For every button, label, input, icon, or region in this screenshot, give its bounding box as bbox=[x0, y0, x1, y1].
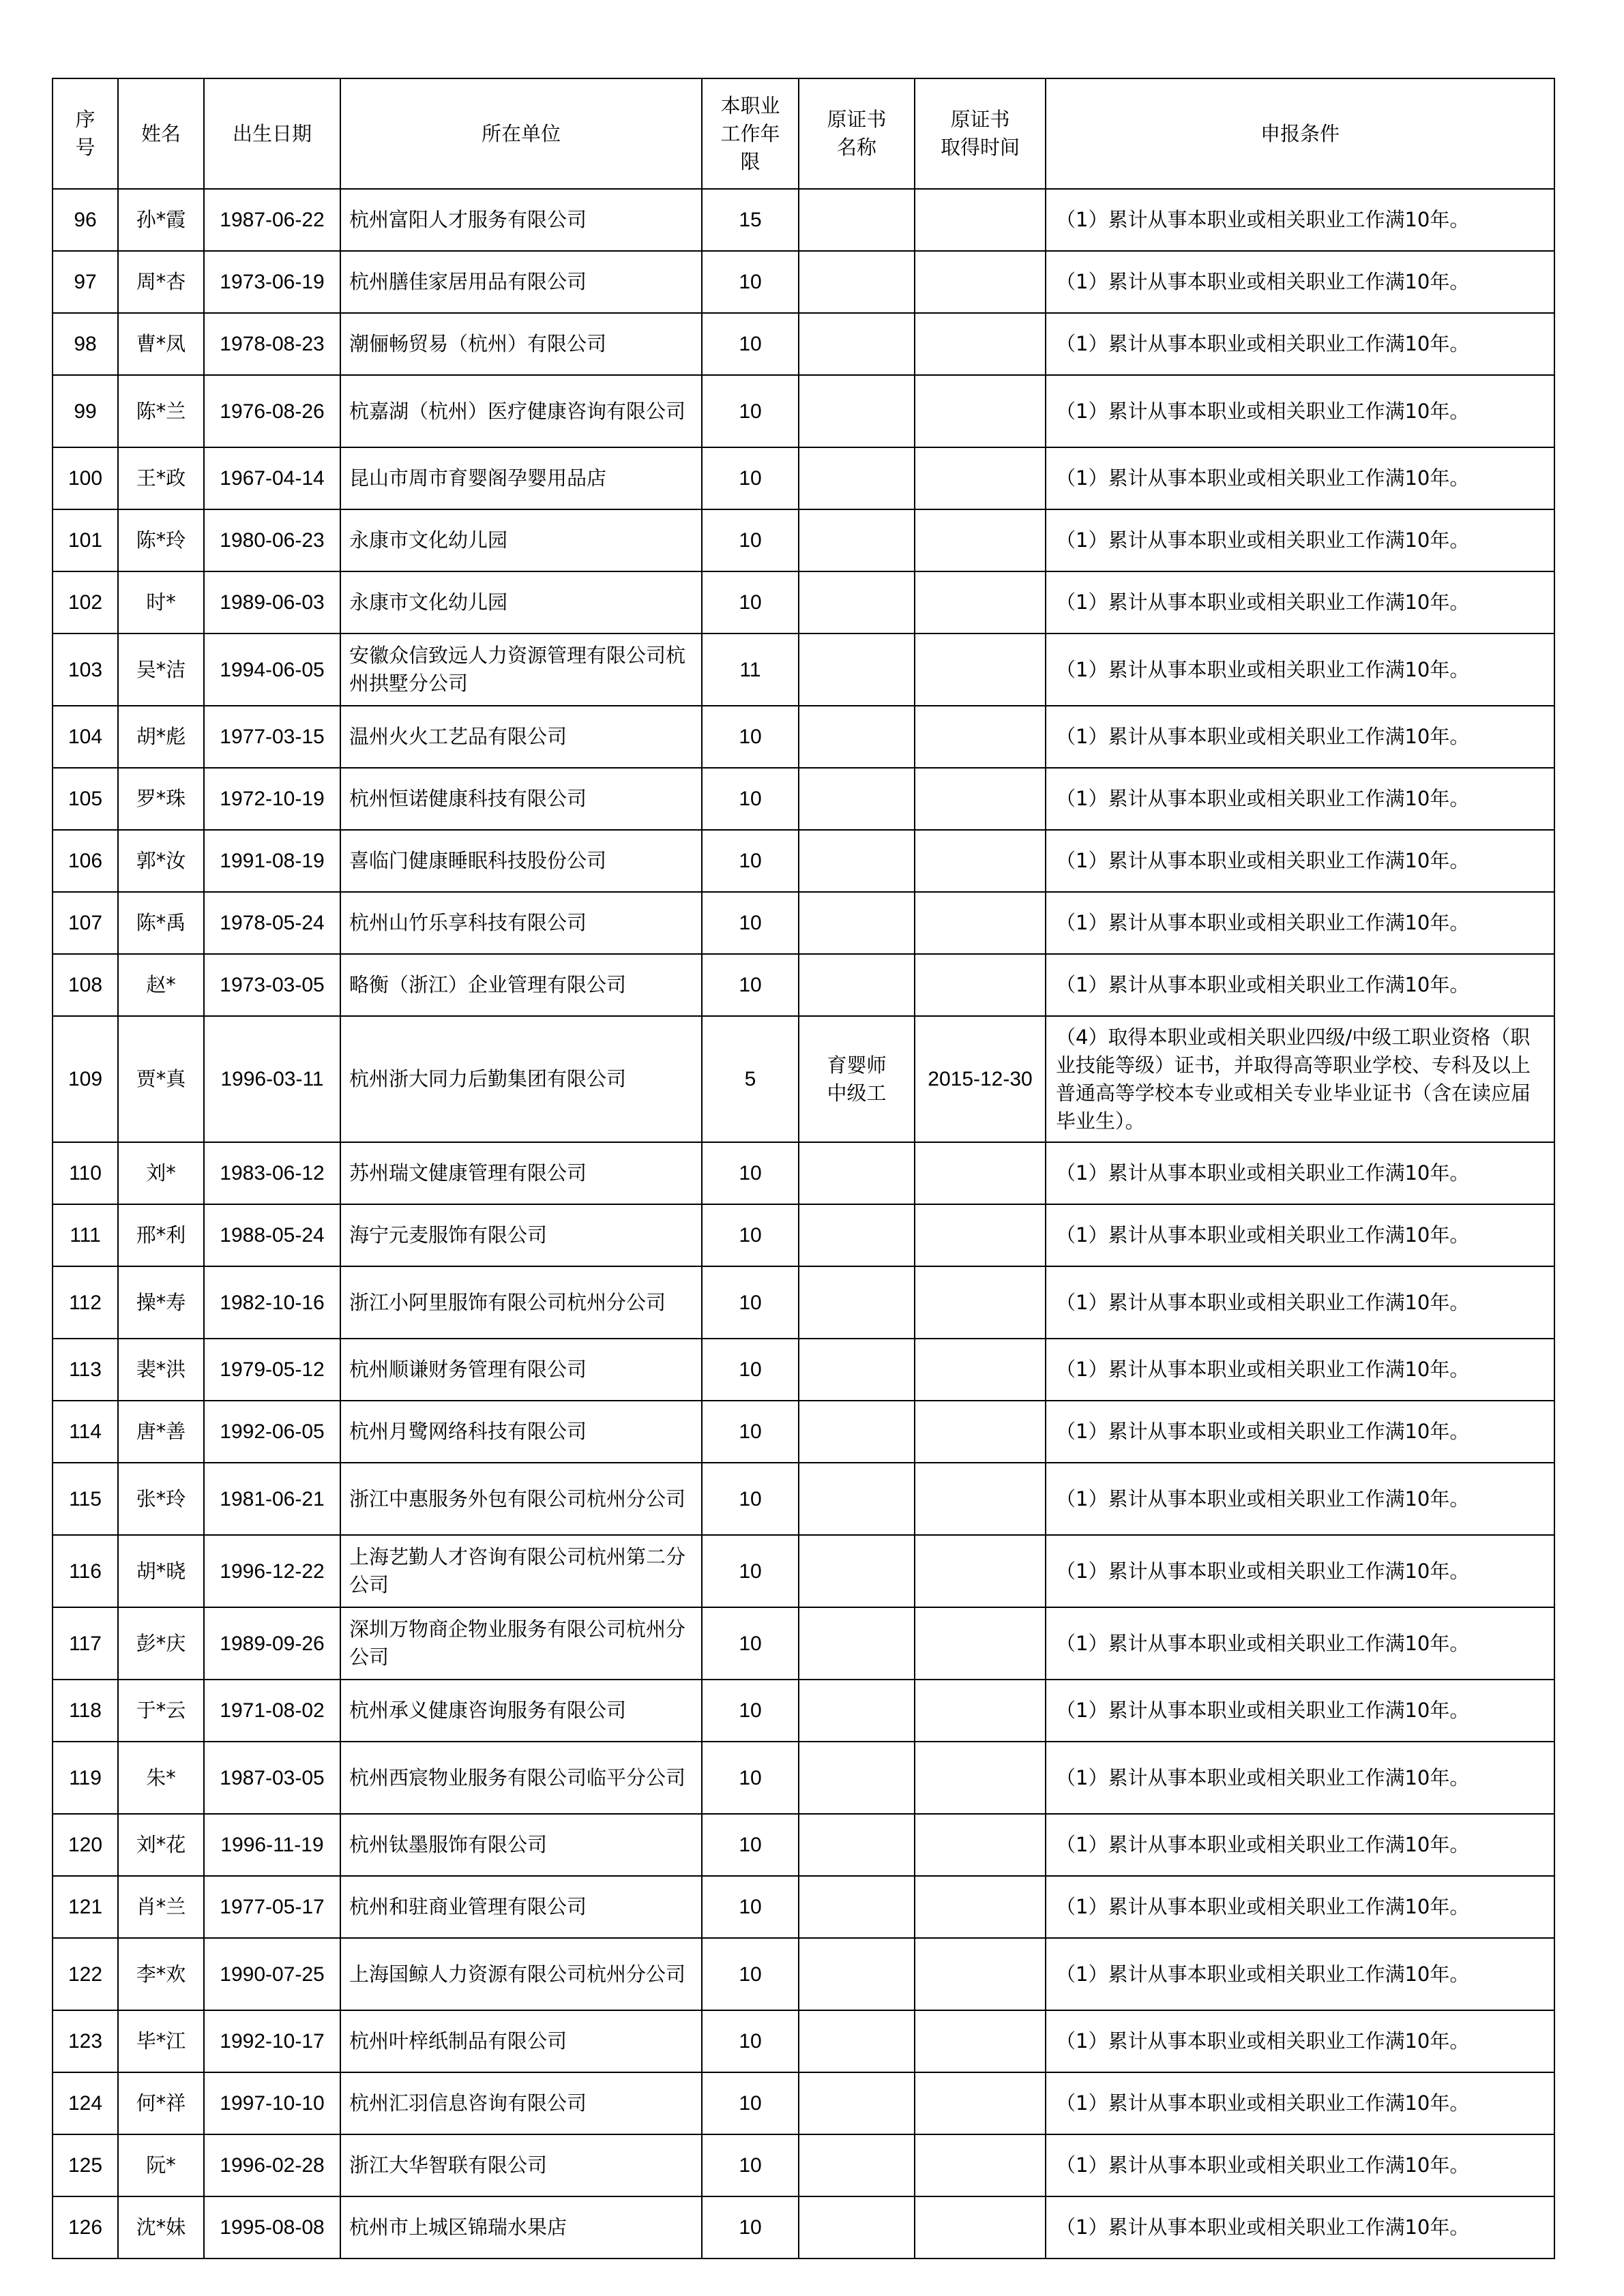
cell-name: 邢*利 bbox=[118, 1204, 204, 1266]
cell-dob: 1978-05-24 bbox=[204, 892, 340, 954]
cell-seq: 100 bbox=[53, 447, 118, 509]
cell-years: 10 bbox=[702, 1142, 799, 1204]
cell-cert-name bbox=[799, 1680, 915, 1742]
cell-condition: （1）累计从事本职业或相关职业工作满10年。 bbox=[1046, 2196, 1554, 2258]
cell-cert-name: 育婴师 中级工 bbox=[799, 1016, 915, 1142]
cell-cert-name bbox=[799, 1266, 915, 1339]
cell-condition: （1）累计从事本职业或相关职业工作满10年。 bbox=[1046, 633, 1554, 706]
table-row: 100 王*政 1967-04-14 昆山市周市育婴阁孕婴用品店 10 （1）累… bbox=[53, 447, 1554, 509]
cell-cert-date bbox=[915, 1742, 1046, 1814]
table-row: 112 操*寿 1982-10-16 浙江小阿里服饰有限公司杭州分公司 10 （… bbox=[53, 1266, 1554, 1339]
cell-unit: 海宁元麦服饰有限公司 bbox=[340, 1204, 702, 1266]
cell-cert-date bbox=[915, 1142, 1046, 1204]
cell-seq: 98 bbox=[53, 313, 118, 375]
cell-dob: 1976-08-26 bbox=[204, 375, 340, 447]
cell-dob: 1973-06-19 bbox=[204, 251, 340, 313]
cell-seq: 96 bbox=[53, 189, 118, 251]
cell-seq: 111 bbox=[53, 1204, 118, 1266]
cell-unit: 杭州浙大同力后勤集团有限公司 bbox=[340, 1016, 702, 1142]
cell-cert-name bbox=[799, 313, 915, 375]
cell-unit: 潮俪畅贸易（杭州）有限公司 bbox=[340, 313, 702, 375]
cell-condition: （1）累计从事本职业或相关职业工作满10年。 bbox=[1046, 189, 1554, 251]
cell-name: 陈*兰 bbox=[118, 375, 204, 447]
cell-name: 时* bbox=[118, 571, 204, 633]
cell-cert-name bbox=[799, 1814, 915, 1876]
table-header-row: 序 号 姓名 出生日期 所在单位 本职业 工作年 限 原证书 名称 原证书 取得… bbox=[53, 78, 1554, 189]
cell-years: 10 bbox=[702, 892, 799, 954]
cell-name: 王*政 bbox=[118, 447, 204, 509]
cell-cert-name bbox=[799, 1339, 915, 1401]
cell-cert-name bbox=[799, 1607, 915, 1680]
cell-years: 11 bbox=[702, 633, 799, 706]
cell-cert-name bbox=[799, 1463, 915, 1535]
cell-condition: （4）取得本职业或相关职业四级/中级工职业资格（职业技能等级）证书，并取得高等职… bbox=[1046, 1016, 1554, 1142]
cell-seq: 110 bbox=[53, 1142, 118, 1204]
cell-unit: 浙江小阿里服饰有限公司杭州分公司 bbox=[340, 1266, 702, 1339]
cell-unit: 杭州西宸物业服务有限公司临平分公司 bbox=[340, 1742, 702, 1814]
cell-condition: （1）累计从事本职业或相关职业工作满10年。 bbox=[1046, 1401, 1554, 1463]
cell-cert-date bbox=[915, 1535, 1046, 1607]
cell-unit: 杭嘉湖（杭州）医疗健康咨询有限公司 bbox=[340, 375, 702, 447]
cell-dob: 1988-05-24 bbox=[204, 1204, 340, 1266]
cell-condition: （1）累计从事本职业或相关职业工作满10年。 bbox=[1046, 1680, 1554, 1742]
table-row: 122 李*欢 1990-07-25 上海国鲸人力资源有限公司杭州分公司 10 … bbox=[53, 1938, 1554, 2010]
cell-unit: 温州火火工艺品有限公司 bbox=[340, 706, 702, 768]
cell-seq: 123 bbox=[53, 2010, 118, 2072]
table-row: 121 肖*兰 1977-05-17 杭州和驻商业管理有限公司 10 （1）累计… bbox=[53, 1876, 1554, 1938]
cell-years: 10 bbox=[702, 1607, 799, 1680]
cell-cert-date bbox=[915, 2134, 1046, 2196]
table-row: 105 罗*珠 1972-10-19 杭州恒诺健康科技有限公司 10 （1）累计… bbox=[53, 768, 1554, 830]
cell-unit: 深圳万物商企物业服务有限公司杭州分公司 bbox=[340, 1607, 702, 1680]
cell-cert-name bbox=[799, 375, 915, 447]
cell-condition: （1）累计从事本职业或相关职业工作满10年。 bbox=[1046, 1814, 1554, 1876]
cell-name: 贾*真 bbox=[118, 1016, 204, 1142]
table-row: 96 孙*霞 1987-06-22 杭州富阳人才服务有限公司 15 （1）累计从… bbox=[53, 189, 1554, 251]
cell-name: 罗*珠 bbox=[118, 768, 204, 830]
header-seq-label: 序 号 bbox=[75, 108, 95, 159]
cell-years: 10 bbox=[702, 251, 799, 313]
cell-seq: 102 bbox=[53, 571, 118, 633]
cell-seq: 117 bbox=[53, 1607, 118, 1680]
cell-condition: （1）累计从事本职业或相关职业工作满10年。 bbox=[1046, 375, 1554, 447]
cell-cert-name bbox=[799, 892, 915, 954]
cell-seq: 107 bbox=[53, 892, 118, 954]
cell-years: 10 bbox=[702, 1938, 799, 2010]
cell-dob: 1996-03-11 bbox=[204, 1016, 340, 1142]
cell-cert-name bbox=[799, 633, 915, 706]
header-years: 本职业 工作年 限 bbox=[702, 78, 799, 189]
table-row: 116 胡*晓 1996-12-22 上海艺勤人才咨询有限公司杭州第二分公司 1… bbox=[53, 1535, 1554, 1607]
cell-seq: 108 bbox=[53, 954, 118, 1016]
cell-name: 吴*洁 bbox=[118, 633, 204, 706]
cell-condition: （1）累计从事本职业或相关职业工作满10年。 bbox=[1046, 1535, 1554, 1607]
cell-condition: （1）累计从事本职业或相关职业工作满10年。 bbox=[1046, 1142, 1554, 1204]
cell-seq: 112 bbox=[53, 1266, 118, 1339]
cell-dob: 1972-10-19 bbox=[204, 768, 340, 830]
cell-unit: 永康市文化幼儿园 bbox=[340, 509, 702, 571]
cell-unit: 杭州市上城区锦瑞水果店 bbox=[340, 2196, 702, 2258]
cell-dob: 1987-03-05 bbox=[204, 1742, 340, 1814]
cell-condition: （1）累计从事本职业或相关职业工作满10年。 bbox=[1046, 571, 1554, 633]
cell-dob: 1994-06-05 bbox=[204, 633, 340, 706]
cell-dob: 1977-03-15 bbox=[204, 706, 340, 768]
cell-unit: 上海国鲸人力资源有限公司杭州分公司 bbox=[340, 1938, 702, 2010]
cell-unit: 杭州恒诺健康科技有限公司 bbox=[340, 768, 702, 830]
cell-dob: 1992-10-17 bbox=[204, 2010, 340, 2072]
cell-seq: 109 bbox=[53, 1016, 118, 1142]
table-row: 118 于*云 1971-08-02 杭州承义健康咨询服务有限公司 10 （1）… bbox=[53, 1680, 1554, 1742]
cell-years: 10 bbox=[702, 830, 799, 892]
cell-cert-name bbox=[799, 954, 915, 1016]
cell-condition: （1）累计从事本职业或相关职业工作满10年。 bbox=[1046, 1463, 1554, 1535]
cell-cert-date bbox=[915, 1876, 1046, 1938]
cell-years: 10 bbox=[702, 706, 799, 768]
table-row: 106 郭*汝 1991-08-19 喜临门健康睡眠科技股份公司 10 （1）累… bbox=[53, 830, 1554, 892]
cell-years: 10 bbox=[702, 1339, 799, 1401]
header-seq: 序 号 bbox=[53, 78, 118, 189]
cell-unit: 杭州顺谦财务管理有限公司 bbox=[340, 1339, 702, 1401]
table-row: 108 赵* 1973-03-05 略衡（浙江）企业管理有限公司 10 （1）累… bbox=[53, 954, 1554, 1016]
cell-cert-date bbox=[915, 1814, 1046, 1876]
cell-years: 10 bbox=[702, 1742, 799, 1814]
cell-cert-date bbox=[915, 1401, 1046, 1463]
cell-dob: 1973-03-05 bbox=[204, 954, 340, 1016]
cell-years: 10 bbox=[702, 2134, 799, 2196]
cell-dob: 1990-07-25 bbox=[204, 1938, 340, 2010]
cell-seq: 101 bbox=[53, 509, 118, 571]
table-row: 120 刘*花 1996-11-19 杭州钛墨服饰有限公司 10 （1）累计从事… bbox=[53, 1814, 1554, 1876]
cell-seq: 105 bbox=[53, 768, 118, 830]
cell-name: 彭*庆 bbox=[118, 1607, 204, 1680]
cell-condition: （1）累计从事本职业或相关职业工作满10年。 bbox=[1046, 1204, 1554, 1266]
cell-dob: 1995-08-08 bbox=[204, 2196, 340, 2258]
cell-years: 10 bbox=[702, 1876, 799, 1938]
cell-cert-date bbox=[915, 830, 1046, 892]
cell-cert-name bbox=[799, 571, 915, 633]
table-row: 124 何*祥 1997-10-10 杭州汇羽信息咨询有限公司 10 （1）累计… bbox=[53, 2072, 1554, 2134]
cell-cert-name bbox=[799, 2196, 915, 2258]
cell-years: 10 bbox=[702, 954, 799, 1016]
cell-seq: 122 bbox=[53, 1938, 118, 2010]
cell-years: 10 bbox=[702, 1204, 799, 1266]
cell-unit: 昆山市周市育婴阁孕婴用品店 bbox=[340, 447, 702, 509]
cell-condition: （1）累计从事本职业或相关职业工作满10年。 bbox=[1046, 1266, 1554, 1339]
header-cert-date: 原证书 取得时间 bbox=[915, 78, 1046, 189]
cell-unit: 浙江中惠服务外包有限公司杭州分公司 bbox=[340, 1463, 702, 1535]
cell-cert-name bbox=[799, 2134, 915, 2196]
cell-years: 10 bbox=[702, 1463, 799, 1535]
cell-condition: （1）累计从事本职业或相关职业工作满10年。 bbox=[1046, 1339, 1554, 1401]
cell-unit: 永康市文化幼儿园 bbox=[340, 571, 702, 633]
header-cert-name-label: 原证书 名称 bbox=[827, 108, 886, 159]
cell-name: 肖*兰 bbox=[118, 1876, 204, 1938]
cell-cert-name bbox=[799, 251, 915, 313]
cell-name: 孙*霞 bbox=[118, 189, 204, 251]
cell-years: 15 bbox=[702, 189, 799, 251]
cell-name: 曹*凤 bbox=[118, 313, 204, 375]
header-years-label: 本职业 工作年 限 bbox=[720, 94, 780, 173]
cell-condition: （1）累计从事本职业或相关职业工作满10年。 bbox=[1046, 251, 1554, 313]
cell-cert-date bbox=[915, 954, 1046, 1016]
cell-cert-name bbox=[799, 1938, 915, 2010]
cell-years: 10 bbox=[702, 768, 799, 830]
cell-condition: （1）累计从事本职业或相关职业工作满10年。 bbox=[1046, 830, 1554, 892]
cell-years: 10 bbox=[702, 313, 799, 375]
cell-unit: 安徽众信致远人力资源管理有限公司杭州拱墅分公司 bbox=[340, 633, 702, 706]
cell-cert-date bbox=[915, 509, 1046, 571]
header-condition-label: 申报条件 bbox=[1260, 122, 1340, 145]
cell-cert-name bbox=[799, 447, 915, 509]
cell-years: 5 bbox=[702, 1016, 799, 1142]
table-body: 96 孙*霞 1987-06-22 杭州富阳人才服务有限公司 15 （1）累计从… bbox=[53, 189, 1554, 2258]
cell-name: 于*云 bbox=[118, 1680, 204, 1742]
cell-seq: 125 bbox=[53, 2134, 118, 2196]
cell-cert-date bbox=[915, 189, 1046, 251]
cell-name: 何*祥 bbox=[118, 2072, 204, 2134]
cell-cert-date bbox=[915, 2072, 1046, 2134]
cell-dob: 1996-11-19 bbox=[204, 1814, 340, 1876]
cell-cert-name bbox=[799, 189, 915, 251]
cell-unit: 喜临门健康睡眠科技股份公司 bbox=[340, 830, 702, 892]
table-row: 126 沈*妹 1995-08-08 杭州市上城区锦瑞水果店 10 （1）累计从… bbox=[53, 2196, 1554, 2258]
cell-condition: （1）累计从事本职业或相关职业工作满10年。 bbox=[1046, 1607, 1554, 1680]
cell-name: 刘*花 bbox=[118, 1814, 204, 1876]
cell-cert-date bbox=[915, 447, 1046, 509]
cell-years: 10 bbox=[702, 1535, 799, 1607]
cell-years: 10 bbox=[702, 2196, 799, 2258]
cell-unit: 杭州山竹乐享科技有限公司 bbox=[340, 892, 702, 954]
cell-cert-date bbox=[915, 892, 1046, 954]
cell-cert-date bbox=[915, 1339, 1046, 1401]
cell-seq: 119 bbox=[53, 1742, 118, 1814]
cell-dob: 1977-05-17 bbox=[204, 1876, 340, 1938]
cell-condition: （1）累计从事本职业或相关职业工作满10年。 bbox=[1046, 892, 1554, 954]
table-row: 110 刘* 1983-06-12 苏州瑞文健康管理有限公司 10 （1）累计从… bbox=[53, 1142, 1554, 1204]
cell-cert-date bbox=[915, 1680, 1046, 1742]
cell-years: 10 bbox=[702, 509, 799, 571]
cell-condition: （1）累计从事本职业或相关职业工作满10年。 bbox=[1046, 509, 1554, 571]
header-cert-name: 原证书 名称 bbox=[799, 78, 915, 189]
cell-unit: 杭州承义健康咨询服务有限公司 bbox=[340, 1680, 702, 1742]
cell-cert-date bbox=[915, 571, 1046, 633]
cell-cert-date bbox=[915, 706, 1046, 768]
table-row: 101 陈*玲 1980-06-23 永康市文化幼儿园 10 （1）累计从事本职… bbox=[53, 509, 1554, 571]
cell-name: 周*杏 bbox=[118, 251, 204, 313]
cell-years: 10 bbox=[702, 2072, 799, 2134]
cell-seq: 120 bbox=[53, 1814, 118, 1876]
cell-name: 郭*汝 bbox=[118, 830, 204, 892]
cell-dob: 1987-06-22 bbox=[204, 189, 340, 251]
cell-dob: 1983-06-12 bbox=[204, 1142, 340, 1204]
cell-condition: （1）累计从事本职业或相关职业工作满10年。 bbox=[1046, 447, 1554, 509]
cell-unit: 杭州富阳人才服务有限公司 bbox=[340, 189, 702, 251]
cell-years: 10 bbox=[702, 571, 799, 633]
cell-cert-name bbox=[799, 706, 915, 768]
cell-condition: （1）累计从事本职业或相关职业工作满10年。 bbox=[1046, 768, 1554, 830]
cell-seq: 113 bbox=[53, 1339, 118, 1401]
cell-unit: 浙江大华智联有限公司 bbox=[340, 2134, 702, 2196]
cell-name: 朱* bbox=[118, 1742, 204, 1814]
cell-name: 阮* bbox=[118, 2134, 204, 2196]
cell-dob: 1971-08-02 bbox=[204, 1680, 340, 1742]
cell-seq: 115 bbox=[53, 1463, 118, 1535]
cell-dob: 1989-06-03 bbox=[204, 571, 340, 633]
cell-name: 刘* bbox=[118, 1142, 204, 1204]
cell-cert-date bbox=[915, 1938, 1046, 2010]
cell-seq: 116 bbox=[53, 1535, 118, 1607]
cell-cert-date bbox=[915, 768, 1046, 830]
cell-dob: 1981-06-21 bbox=[204, 1463, 340, 1535]
cell-years: 10 bbox=[702, 1680, 799, 1742]
cell-years: 10 bbox=[702, 1814, 799, 1876]
cell-seq: 99 bbox=[53, 375, 118, 447]
cell-cert-date bbox=[915, 1204, 1046, 1266]
cell-unit: 杭州汇羽信息咨询有限公司 bbox=[340, 2072, 702, 2134]
cell-cert-date bbox=[915, 313, 1046, 375]
cell-cert-name bbox=[799, 2072, 915, 2134]
cell-cert-date bbox=[915, 2010, 1046, 2072]
table-row: 114 唐*善 1992-06-05 杭州月鹭网络科技有限公司 10 （1）累计… bbox=[53, 1401, 1554, 1463]
table-row: 111 邢*利 1988-05-24 海宁元麦服饰有限公司 10 （1）累计从事… bbox=[53, 1204, 1554, 1266]
cell-cert-date bbox=[915, 251, 1046, 313]
cell-dob: 1982-10-16 bbox=[204, 1266, 340, 1339]
cell-name: 毕*江 bbox=[118, 2010, 204, 2072]
cell-seq: 97 bbox=[53, 251, 118, 313]
cell-name: 李*欢 bbox=[118, 1938, 204, 2010]
cell-dob: 1991-08-19 bbox=[204, 830, 340, 892]
cell-seq: 106 bbox=[53, 830, 118, 892]
header-condition: 申报条件 bbox=[1046, 78, 1554, 189]
header-dob-label: 出生日期 bbox=[233, 122, 312, 145]
cell-name: 沈*妹 bbox=[118, 2196, 204, 2258]
cell-unit: 杭州叶梓纸制品有限公司 bbox=[340, 2010, 702, 2072]
table-row: 107 陈*禹 1978-05-24 杭州山竹乐享科技有限公司 10 （1）累计… bbox=[53, 892, 1554, 954]
cell-condition: （1）累计从事本职业或相关职业工作满10年。 bbox=[1046, 954, 1554, 1016]
table-row: 109 贾*真 1996-03-11 杭州浙大同力后勤集团有限公司 5 育婴师 … bbox=[53, 1016, 1554, 1142]
cell-condition: （1）累计从事本职业或相关职业工作满10年。 bbox=[1046, 1742, 1554, 1814]
cell-name: 胡*彪 bbox=[118, 706, 204, 768]
cell-years: 10 bbox=[702, 1266, 799, 1339]
cell-condition: （1）累计从事本职业或相关职业工作满10年。 bbox=[1046, 1938, 1554, 2010]
cell-cert-date: 2015-12-30 bbox=[915, 1016, 1046, 1142]
cell-dob: 1989-09-26 bbox=[204, 1607, 340, 1680]
applicant-roster-table: 序 号 姓名 出生日期 所在单位 本职业 工作年 限 原证书 名称 原证书 取得… bbox=[52, 78, 1555, 2259]
table-row: 125 阮* 1996-02-28 浙江大华智联有限公司 10 （1）累计从事本… bbox=[53, 2134, 1554, 2196]
cell-name: 裴*洪 bbox=[118, 1339, 204, 1401]
cell-name: 胡*晓 bbox=[118, 1535, 204, 1607]
table-row: 102 时* 1989-06-03 永康市文化幼儿园 10 （1）累计从事本职业… bbox=[53, 571, 1554, 633]
cell-cert-name bbox=[799, 768, 915, 830]
cell-name: 操*寿 bbox=[118, 1266, 204, 1339]
header-unit: 所在单位 bbox=[340, 78, 702, 189]
cell-cert-date bbox=[915, 375, 1046, 447]
cell-condition: （1）累计从事本职业或相关职业工作满10年。 bbox=[1046, 2072, 1554, 2134]
cell-dob: 1978-08-23 bbox=[204, 313, 340, 375]
table-row: 98 曹*凤 1978-08-23 潮俪畅贸易（杭州）有限公司 10 （1）累计… bbox=[53, 313, 1554, 375]
cell-condition: （1）累计从事本职业或相关职业工作满10年。 bbox=[1046, 313, 1554, 375]
cell-condition: （1）累计从事本职业或相关职业工作满10年。 bbox=[1046, 2134, 1554, 2196]
cell-unit: 上海艺勤人才咨询有限公司杭州第二分公司 bbox=[340, 1535, 702, 1607]
cell-cert-name bbox=[799, 2010, 915, 2072]
cell-years: 10 bbox=[702, 2010, 799, 2072]
table-row: 99 陈*兰 1976-08-26 杭嘉湖（杭州）医疗健康咨询有限公司 10 （… bbox=[53, 375, 1554, 447]
table-row: 113 裴*洪 1979-05-12 杭州顺谦财务管理有限公司 10 （1）累计… bbox=[53, 1339, 1554, 1401]
cell-cert-name bbox=[799, 1401, 915, 1463]
cell-name: 张*玲 bbox=[118, 1463, 204, 1535]
cell-seq: 104 bbox=[53, 706, 118, 768]
cell-cert-date bbox=[915, 2196, 1046, 2258]
cell-years: 10 bbox=[702, 1401, 799, 1463]
cell-cert-date bbox=[915, 1607, 1046, 1680]
cell-unit: 略衡（浙江）企业管理有限公司 bbox=[340, 954, 702, 1016]
cell-dob: 1996-02-28 bbox=[204, 2134, 340, 2196]
table-row: 117 彭*庆 1989-09-26 深圳万物商企物业服务有限公司杭州分公司 1… bbox=[53, 1607, 1554, 1680]
cell-name: 陈*禹 bbox=[118, 892, 204, 954]
cell-cert-name bbox=[799, 1142, 915, 1204]
cell-cert-date bbox=[915, 633, 1046, 706]
cell-seq: 118 bbox=[53, 1680, 118, 1742]
cell-cert-name bbox=[799, 830, 915, 892]
cell-years: 10 bbox=[702, 447, 799, 509]
cell-dob: 1992-06-05 bbox=[204, 1401, 340, 1463]
cell-seq: 121 bbox=[53, 1876, 118, 1938]
cell-dob: 1980-06-23 bbox=[204, 509, 340, 571]
cell-cert-name bbox=[799, 509, 915, 571]
cell-name: 赵* bbox=[118, 954, 204, 1016]
cell-seq: 114 bbox=[53, 1401, 118, 1463]
cell-unit: 苏州瑞文健康管理有限公司 bbox=[340, 1142, 702, 1204]
table-row: 123 毕*江 1992-10-17 杭州叶梓纸制品有限公司 10 （1）累计从… bbox=[53, 2010, 1554, 2072]
header-dob: 出生日期 bbox=[204, 78, 340, 189]
header-name: 姓名 bbox=[118, 78, 204, 189]
cell-condition: （1）累计从事本职业或相关职业工作满10年。 bbox=[1046, 2010, 1554, 2072]
table-row: 103 吴*洁 1994-06-05 安徽众信致远人力资源管理有限公司杭州拱墅分… bbox=[53, 633, 1554, 706]
cell-dob: 1997-10-10 bbox=[204, 2072, 340, 2134]
cell-condition: （1）累计从事本职业或相关职业工作满10年。 bbox=[1046, 1876, 1554, 1938]
cell-dob: 1967-04-14 bbox=[204, 447, 340, 509]
table-row: 97 周*杏 1973-06-19 杭州膳佳家居用品有限公司 10 （1）累计从… bbox=[53, 251, 1554, 313]
table-row: 115 张*玲 1981-06-21 浙江中惠服务外包有限公司杭州分公司 10 … bbox=[53, 1463, 1554, 1535]
cell-cert-name bbox=[799, 1535, 915, 1607]
cell-cert-date bbox=[915, 1266, 1046, 1339]
cell-cert-date bbox=[915, 1463, 1046, 1535]
cell-unit: 杭州和驻商业管理有限公司 bbox=[340, 1876, 702, 1938]
cell-unit: 杭州钛墨服饰有限公司 bbox=[340, 1814, 702, 1876]
cell-years: 10 bbox=[702, 375, 799, 447]
cell-dob: 1996-12-22 bbox=[204, 1535, 340, 1607]
cell-seq: 126 bbox=[53, 2196, 118, 2258]
header-cert-date-label: 原证书 取得时间 bbox=[941, 108, 1020, 159]
cell-unit: 杭州膳佳家居用品有限公司 bbox=[340, 251, 702, 313]
table-row: 104 胡*彪 1977-03-15 温州火火工艺品有限公司 10 （1）累计从… bbox=[53, 706, 1554, 768]
header-unit-label: 所在单位 bbox=[482, 122, 561, 145]
cell-seq: 124 bbox=[53, 2072, 118, 2134]
cell-seq: 103 bbox=[53, 633, 118, 706]
cell-unit: 杭州月鹭网络科技有限公司 bbox=[340, 1401, 702, 1463]
cell-cert-name bbox=[799, 1204, 915, 1266]
cell-cert-name bbox=[799, 1742, 915, 1814]
cell-name: 唐*善 bbox=[118, 1401, 204, 1463]
table-row: 119 朱* 1987-03-05 杭州西宸物业服务有限公司临平分公司 10 （… bbox=[53, 1742, 1554, 1814]
cell-cert-name bbox=[799, 1876, 915, 1938]
cell-dob: 1979-05-12 bbox=[204, 1339, 340, 1401]
cell-name: 陈*玲 bbox=[118, 509, 204, 571]
cell-condition: （1）累计从事本职业或相关职业工作满10年。 bbox=[1046, 706, 1554, 768]
header-name-label: 姓名 bbox=[141, 122, 181, 145]
